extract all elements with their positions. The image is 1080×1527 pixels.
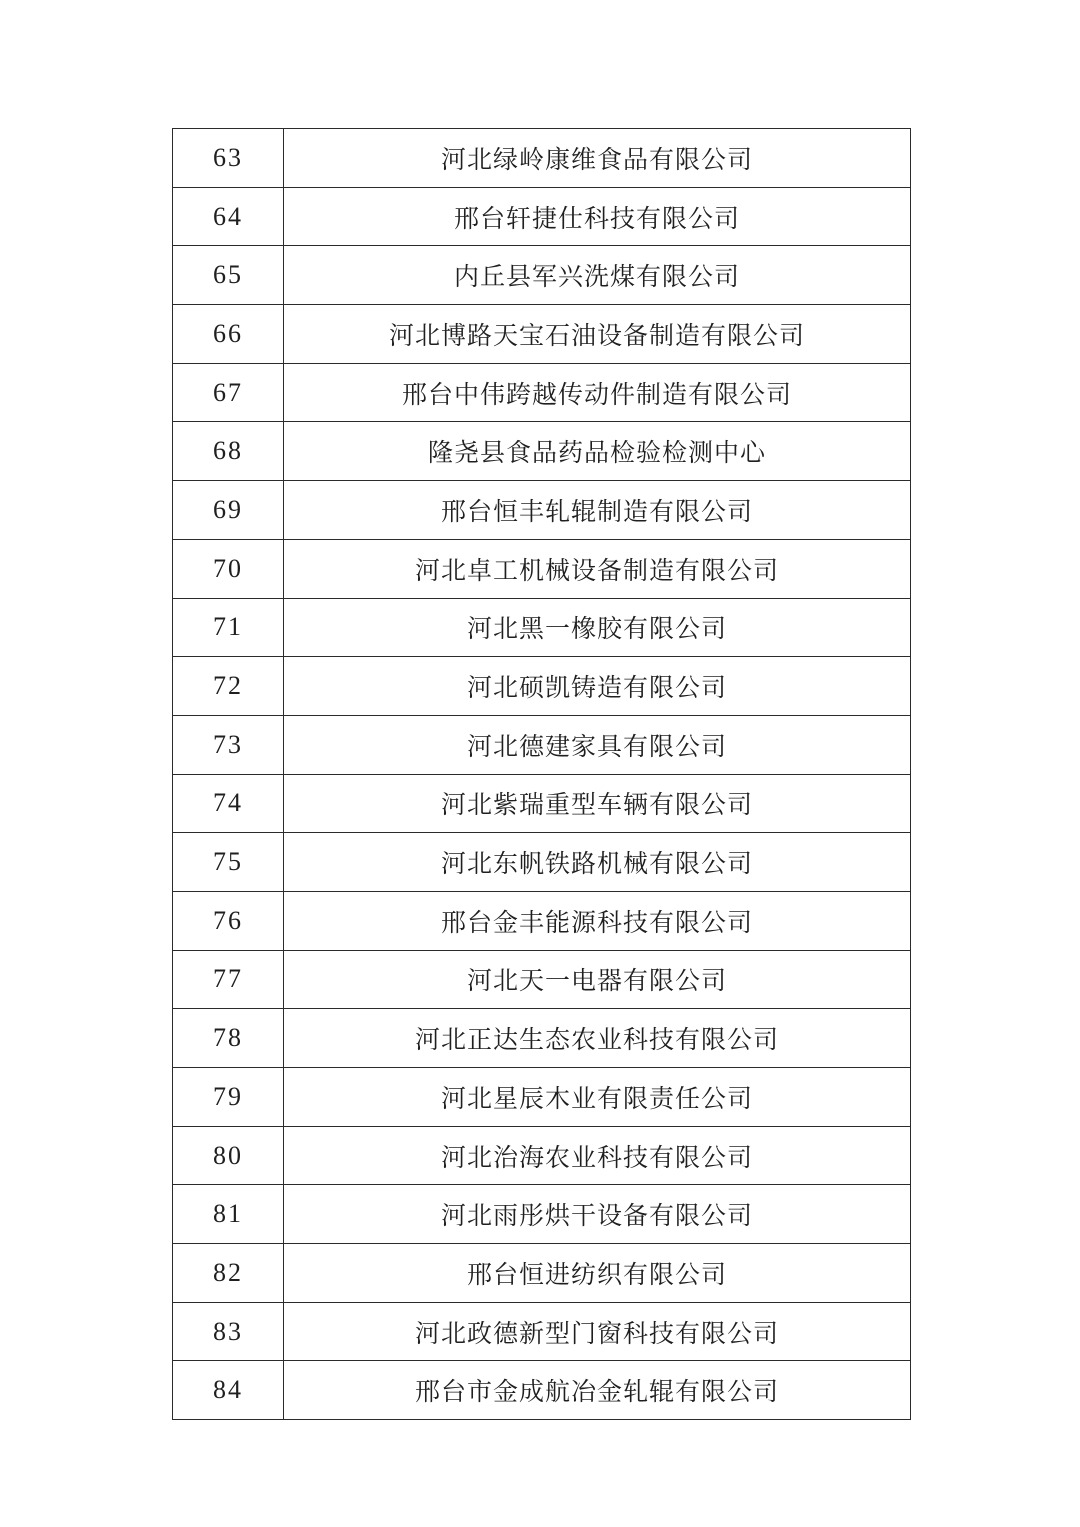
row-number: 64	[173, 187, 284, 246]
row-number: 83	[173, 1302, 284, 1361]
table-row: 73 河北德建家具有限公司	[173, 715, 911, 774]
table-row: 75 河北东帆铁路机械有限公司	[173, 833, 911, 892]
table-row: 74 河北紫瑞重型车辆有限公司	[173, 774, 911, 833]
company-name: 河北星辰木业有限责任公司	[284, 1068, 911, 1127]
company-name: 河北硕凯铸造有限公司	[284, 657, 911, 716]
table-row: 80 河北治海农业科技有限公司	[173, 1126, 911, 1185]
table-row: 81 河北雨彤烘干设备有限公司	[173, 1185, 911, 1244]
table-row: 66 河北博路天宝石油设备制造有限公司	[173, 305, 911, 364]
row-number: 72	[173, 657, 284, 716]
row-number: 73	[173, 715, 284, 774]
row-number: 70	[173, 539, 284, 598]
company-name: 邢台轩捷仕科技有限公司	[284, 187, 911, 246]
table-row: 63 河北绿岭康维食品有限公司	[173, 129, 911, 188]
company-table-body: 63 河北绿岭康维食品有限公司 64 邢台轩捷仕科技有限公司 65 内丘县军兴洗…	[173, 129, 911, 1420]
row-number: 65	[173, 246, 284, 305]
table-row: 71 河北黑一橡胶有限公司	[173, 598, 911, 657]
document-page: 63 河北绿岭康维食品有限公司 64 邢台轩捷仕科技有限公司 65 内丘县军兴洗…	[0, 0, 1080, 1527]
table-row: 64 邢台轩捷仕科技有限公司	[173, 187, 911, 246]
row-number: 80	[173, 1126, 284, 1185]
table-row: 84 邢台市金成航冶金轧辊有限公司	[173, 1361, 911, 1420]
row-number: 74	[173, 774, 284, 833]
table-row: 76 邢台金丰能源科技有限公司	[173, 891, 911, 950]
row-number: 75	[173, 833, 284, 892]
row-number: 78	[173, 1009, 284, 1068]
row-number: 79	[173, 1068, 284, 1127]
company-name: 河北博路天宝石油设备制造有限公司	[284, 305, 911, 364]
company-name: 隆尧县食品药品检验检测中心	[284, 422, 911, 481]
company-name: 邢台恒丰轧辊制造有限公司	[284, 481, 911, 540]
company-name: 河北治海农业科技有限公司	[284, 1126, 911, 1185]
row-number: 67	[173, 363, 284, 422]
company-name: 河北雨彤烘干设备有限公司	[284, 1185, 911, 1244]
row-number: 69	[173, 481, 284, 540]
company-name: 邢台中伟跨越传动件制造有限公司	[284, 363, 911, 422]
company-name: 河北天一电器有限公司	[284, 950, 911, 1009]
company-name: 河北卓工机械设备制造有限公司	[284, 539, 911, 598]
company-name: 邢台市金成航冶金轧辊有限公司	[284, 1361, 911, 1420]
company-name: 邢台金丰能源科技有限公司	[284, 891, 911, 950]
company-name: 邢台恒进纺织有限公司	[284, 1244, 911, 1303]
company-name: 河北黑一橡胶有限公司	[284, 598, 911, 657]
table-row: 69 邢台恒丰轧辊制造有限公司	[173, 481, 911, 540]
table-row: 78 河北正达生态农业科技有限公司	[173, 1009, 911, 1068]
company-name: 河北德建家具有限公司	[284, 715, 911, 774]
row-number: 77	[173, 950, 284, 1009]
row-number: 66	[173, 305, 284, 364]
table-row: 68 隆尧县食品药品检验检测中心	[173, 422, 911, 481]
row-number: 81	[173, 1185, 284, 1244]
row-number: 82	[173, 1244, 284, 1303]
table-row: 82 邢台恒进纺织有限公司	[173, 1244, 911, 1303]
company-name: 河北正达生态农业科技有限公司	[284, 1009, 911, 1068]
table-row: 65 内丘县军兴洗煤有限公司	[173, 246, 911, 305]
table-row: 83 河北政德新型门窗科技有限公司	[173, 1302, 911, 1361]
company-name: 河北绿岭康维食品有限公司	[284, 129, 911, 188]
company-name: 内丘县军兴洗煤有限公司	[284, 246, 911, 305]
row-number: 63	[173, 129, 284, 188]
row-number: 68	[173, 422, 284, 481]
row-number: 84	[173, 1361, 284, 1420]
company-list-table: 63 河北绿岭康维食品有限公司 64 邢台轩捷仕科技有限公司 65 内丘县军兴洗…	[172, 128, 911, 1420]
table-row: 79 河北星辰木业有限责任公司	[173, 1068, 911, 1127]
company-name: 河北政德新型门窗科技有限公司	[284, 1302, 911, 1361]
company-name: 河北东帆铁路机械有限公司	[284, 833, 911, 892]
table-row: 72 河北硕凯铸造有限公司	[173, 657, 911, 716]
row-number: 76	[173, 891, 284, 950]
row-number: 71	[173, 598, 284, 657]
company-name: 河北紫瑞重型车辆有限公司	[284, 774, 911, 833]
table-row: 70 河北卓工机械设备制造有限公司	[173, 539, 911, 598]
table-row: 67 邢台中伟跨越传动件制造有限公司	[173, 363, 911, 422]
table-row: 77 河北天一电器有限公司	[173, 950, 911, 1009]
